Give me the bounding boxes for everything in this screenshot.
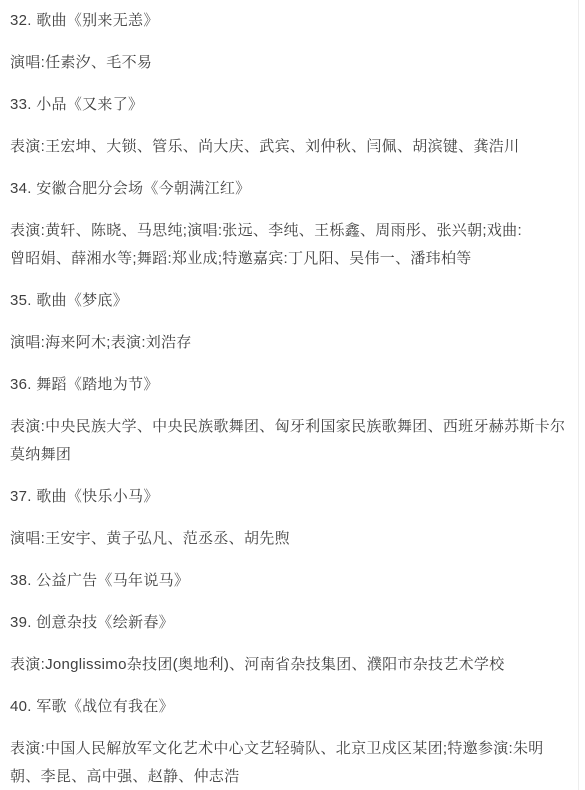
program-line: 莫纳舞团 bbox=[10, 441, 564, 469]
item-33-title: 33. 小品《又来了》 bbox=[10, 91, 564, 119]
program-line: 33. 小品《又来了》 bbox=[10, 91, 564, 119]
program-line: 朝、李昆、高中强、赵静、仲志浩 bbox=[10, 763, 564, 790]
item-33-performers: 表演:王宏坤、大锁、管乐、尚大庆、武宾、刘仲秋、闫佩、胡滨键、龚浩川 bbox=[10, 133, 564, 161]
item-40-performers: 表演:中国人民解放军文化艺术中心文艺轻骑队、北京卫戍区某团;特邀参演:朱明 朝、… bbox=[10, 735, 564, 790]
program-line: 35. 歌曲《梦底》 bbox=[10, 287, 564, 315]
item-34-title: 34. 安徽合肥分会场《今朝满江红》 bbox=[10, 175, 564, 203]
program-line: 表演:Jonglissimo杂技团(奥地利)、河南省杂技集团、濮阳市杂技艺术学校 bbox=[10, 651, 564, 679]
program-line: 演唱:王安宇、黄子弘凡、范丞丞、胡先煦 bbox=[10, 525, 564, 553]
program-line: 曾昭娟、薛湘水等;舞蹈:郑业成;特邀嘉宾:丁凡阳、吴伟一、潘玮柏等 bbox=[10, 245, 564, 273]
item-36-title: 36. 舞蹈《踏地为节》 bbox=[10, 371, 564, 399]
program-line: 表演:黄轩、陈晓、马思纯;演唱:张远、李纯、王栎鑫、周雨彤、张兴朝;戏曲: bbox=[10, 217, 564, 245]
program-line: 表演:中央民族大学、中央民族歌舞团、匈牙利国家民族歌舞团、西班牙赫苏斯卡尔 bbox=[10, 413, 564, 441]
program-line: 36. 舞蹈《踏地为节》 bbox=[10, 371, 564, 399]
item-40-title: 40. 军歌《战位有我在》 bbox=[10, 693, 564, 721]
item-34-performers: 表演:黄轩、陈晓、马思纯;演唱:张远、李纯、王栎鑫、周雨彤、张兴朝;戏曲: 曾昭… bbox=[10, 217, 564, 273]
program-line: 表演:王宏坤、大锁、管乐、尚大庆、武宾、刘仲秋、闫佩、胡滨键、龚浩川 bbox=[10, 133, 564, 161]
item-35-performers: 演唱:海来阿木;表演:刘浩存 bbox=[10, 329, 564, 357]
item-32-title: 32. 歌曲《别来无恙》 bbox=[10, 7, 564, 35]
program-line: 演唱:海来阿木;表演:刘浩存 bbox=[10, 329, 564, 357]
program-line: 37. 歌曲《快乐小马》 bbox=[10, 483, 564, 511]
program-line: 表演:中国人民解放军文化艺术中心文艺轻骑队、北京卫戍区某团;特邀参演:朱明 bbox=[10, 735, 564, 763]
item-35-title: 35. 歌曲《梦底》 bbox=[10, 287, 564, 315]
item-37-title: 37. 歌曲《快乐小马》 bbox=[10, 483, 564, 511]
item-38-title: 38. 公益广告《马年说马》 bbox=[10, 567, 564, 595]
program-line: 38. 公益广告《马年说马》 bbox=[10, 567, 564, 595]
item-39-title: 39. 创意杂技《绘新春》 bbox=[10, 609, 564, 637]
item-39-performers: 表演:Jonglissimo杂技团(奥地利)、河南省杂技集团、濮阳市杂技艺术学校 bbox=[10, 651, 564, 679]
item-36-performers: 表演:中央民族大学、中央民族歌舞团、匈牙利国家民族歌舞团、西班牙赫苏斯卡尔 莫纳… bbox=[10, 413, 564, 469]
program-line: 40. 军歌《战位有我在》 bbox=[10, 693, 564, 721]
program-line: 34. 安徽合肥分会场《今朝满江红》 bbox=[10, 175, 564, 203]
program-line: 39. 创意杂技《绘新春》 bbox=[10, 609, 564, 637]
item-37-performers: 演唱:王安宇、黄子弘凡、范丞丞、胡先煦 bbox=[10, 525, 564, 553]
program-list: 32. 歌曲《别来无恙》 演唱:任素汐、毛不易 33. 小品《又来了》 表演:王… bbox=[0, 0, 579, 790]
program-line: 演唱:任素汐、毛不易 bbox=[10, 49, 564, 77]
item-32-performers: 演唱:任素汐、毛不易 bbox=[10, 49, 564, 77]
program-line: 32. 歌曲《别来无恙》 bbox=[10, 7, 564, 35]
